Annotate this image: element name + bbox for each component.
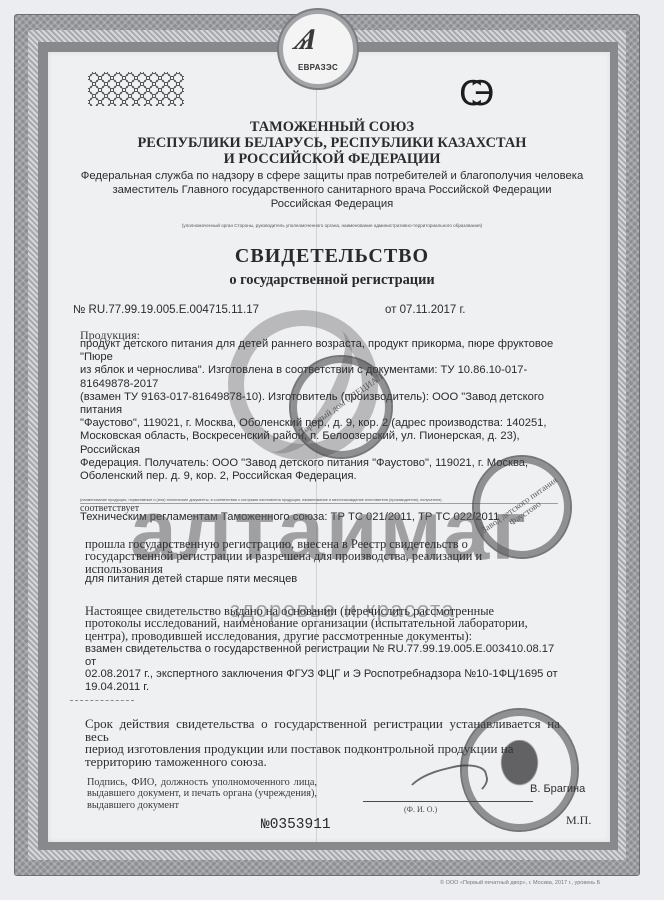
conformity-mark-icon: СЭ (459, 76, 519, 112)
basis-line: протоколы исследований, наименование орг… (85, 617, 560, 629)
customs-union-heading: ТАМОЖЕННЫЙ СОЮЗ РЕСПУБЛИКИ БЕЛАРУСЬ, РЕС… (60, 119, 604, 167)
trade-house-stamp: Торговый дом СПЕЦИАЛ (289, 355, 393, 459)
eurasec-emblem: Ѧ ЕВРАЗЭС (279, 10, 357, 88)
agency-line: заместитель Главного государственного са… (60, 183, 604, 197)
number-sign: № (73, 304, 85, 316)
union-line: ТАМОЖЕННЫЙ СОЮЗ (60, 119, 604, 135)
registration-statement: прошла государственную регистрацию, внес… (85, 538, 560, 575)
registration-date: от 07.11.2017 г. (385, 304, 466, 316)
signatory-name: В. Брагина (530, 783, 585, 795)
printer-imprint: © ООО «Первый печатный двор», г. Москва,… (440, 880, 600, 886)
issuing-agency: Федеральная служба по надзору в сфере за… (60, 169, 604, 211)
seal-label: М.П. (566, 813, 591, 828)
basis-detail-line: взамен свидетельства о государственной р… (85, 643, 565, 668)
basis-details: взамен свидетельства о государственной р… (85, 643, 565, 693)
product-caption: (наименование продукции, нормативные и (… (80, 497, 558, 504)
registration-line: государственной регистрации и разрешена … (85, 550, 560, 562)
eurasec-label: ЕВРАЗЭС (283, 63, 353, 72)
union-line: И РОССИЙСКОЙ ФЕДЕРАЦИИ (60, 151, 604, 167)
certificate-title: СВИДЕТЕЛЬСТВО (60, 245, 604, 268)
basis-line: центра), проводившей исследования, други… (85, 630, 560, 642)
authority-caption: (уполномоченный орган Стороны, руководит… (100, 223, 564, 228)
certificate-subtitle: о государственной регистрации (60, 272, 604, 289)
eurasec-logo-icon: Ѧ (291, 22, 324, 57)
registration-number: № RU.77.99.19.005.Е.004715.11.17 (73, 304, 259, 316)
form-serial-number: №0353911 (261, 817, 331, 833)
usage-scope: для питания детей старше пяти месяцев (85, 573, 565, 586)
signature-line (363, 801, 533, 802)
section-divider (70, 700, 134, 702)
technical-regulations: Техническим регламентам Таможенного союз… (80, 511, 560, 524)
signature-caption: Подпись, ФИО, должность уполномоченного … (87, 777, 317, 811)
fio-label: (Ф. И. О.) (404, 805, 437, 814)
basis-detail-line: 19.04.2011 г. (85, 681, 565, 694)
agency-line: Федеральная служба по надзору в сфере за… (60, 169, 604, 183)
number-value: RU.77.99.19.005.Е.004715.11.17 (89, 304, 260, 316)
basis-statement: Настоящее свидетельство выдано на основа… (85, 605, 560, 642)
union-line: РЕСПУБЛИКИ БЕЛАРУСЬ, РЕСПУБЛИКИ КАЗАХСТА… (60, 135, 604, 151)
basis-detail-line: 02.08.2017 г., экспертного заключения ФГ… (85, 668, 565, 681)
lattice-ornament-icon (88, 72, 184, 106)
agency-line: Российская Федерация (60, 197, 604, 211)
